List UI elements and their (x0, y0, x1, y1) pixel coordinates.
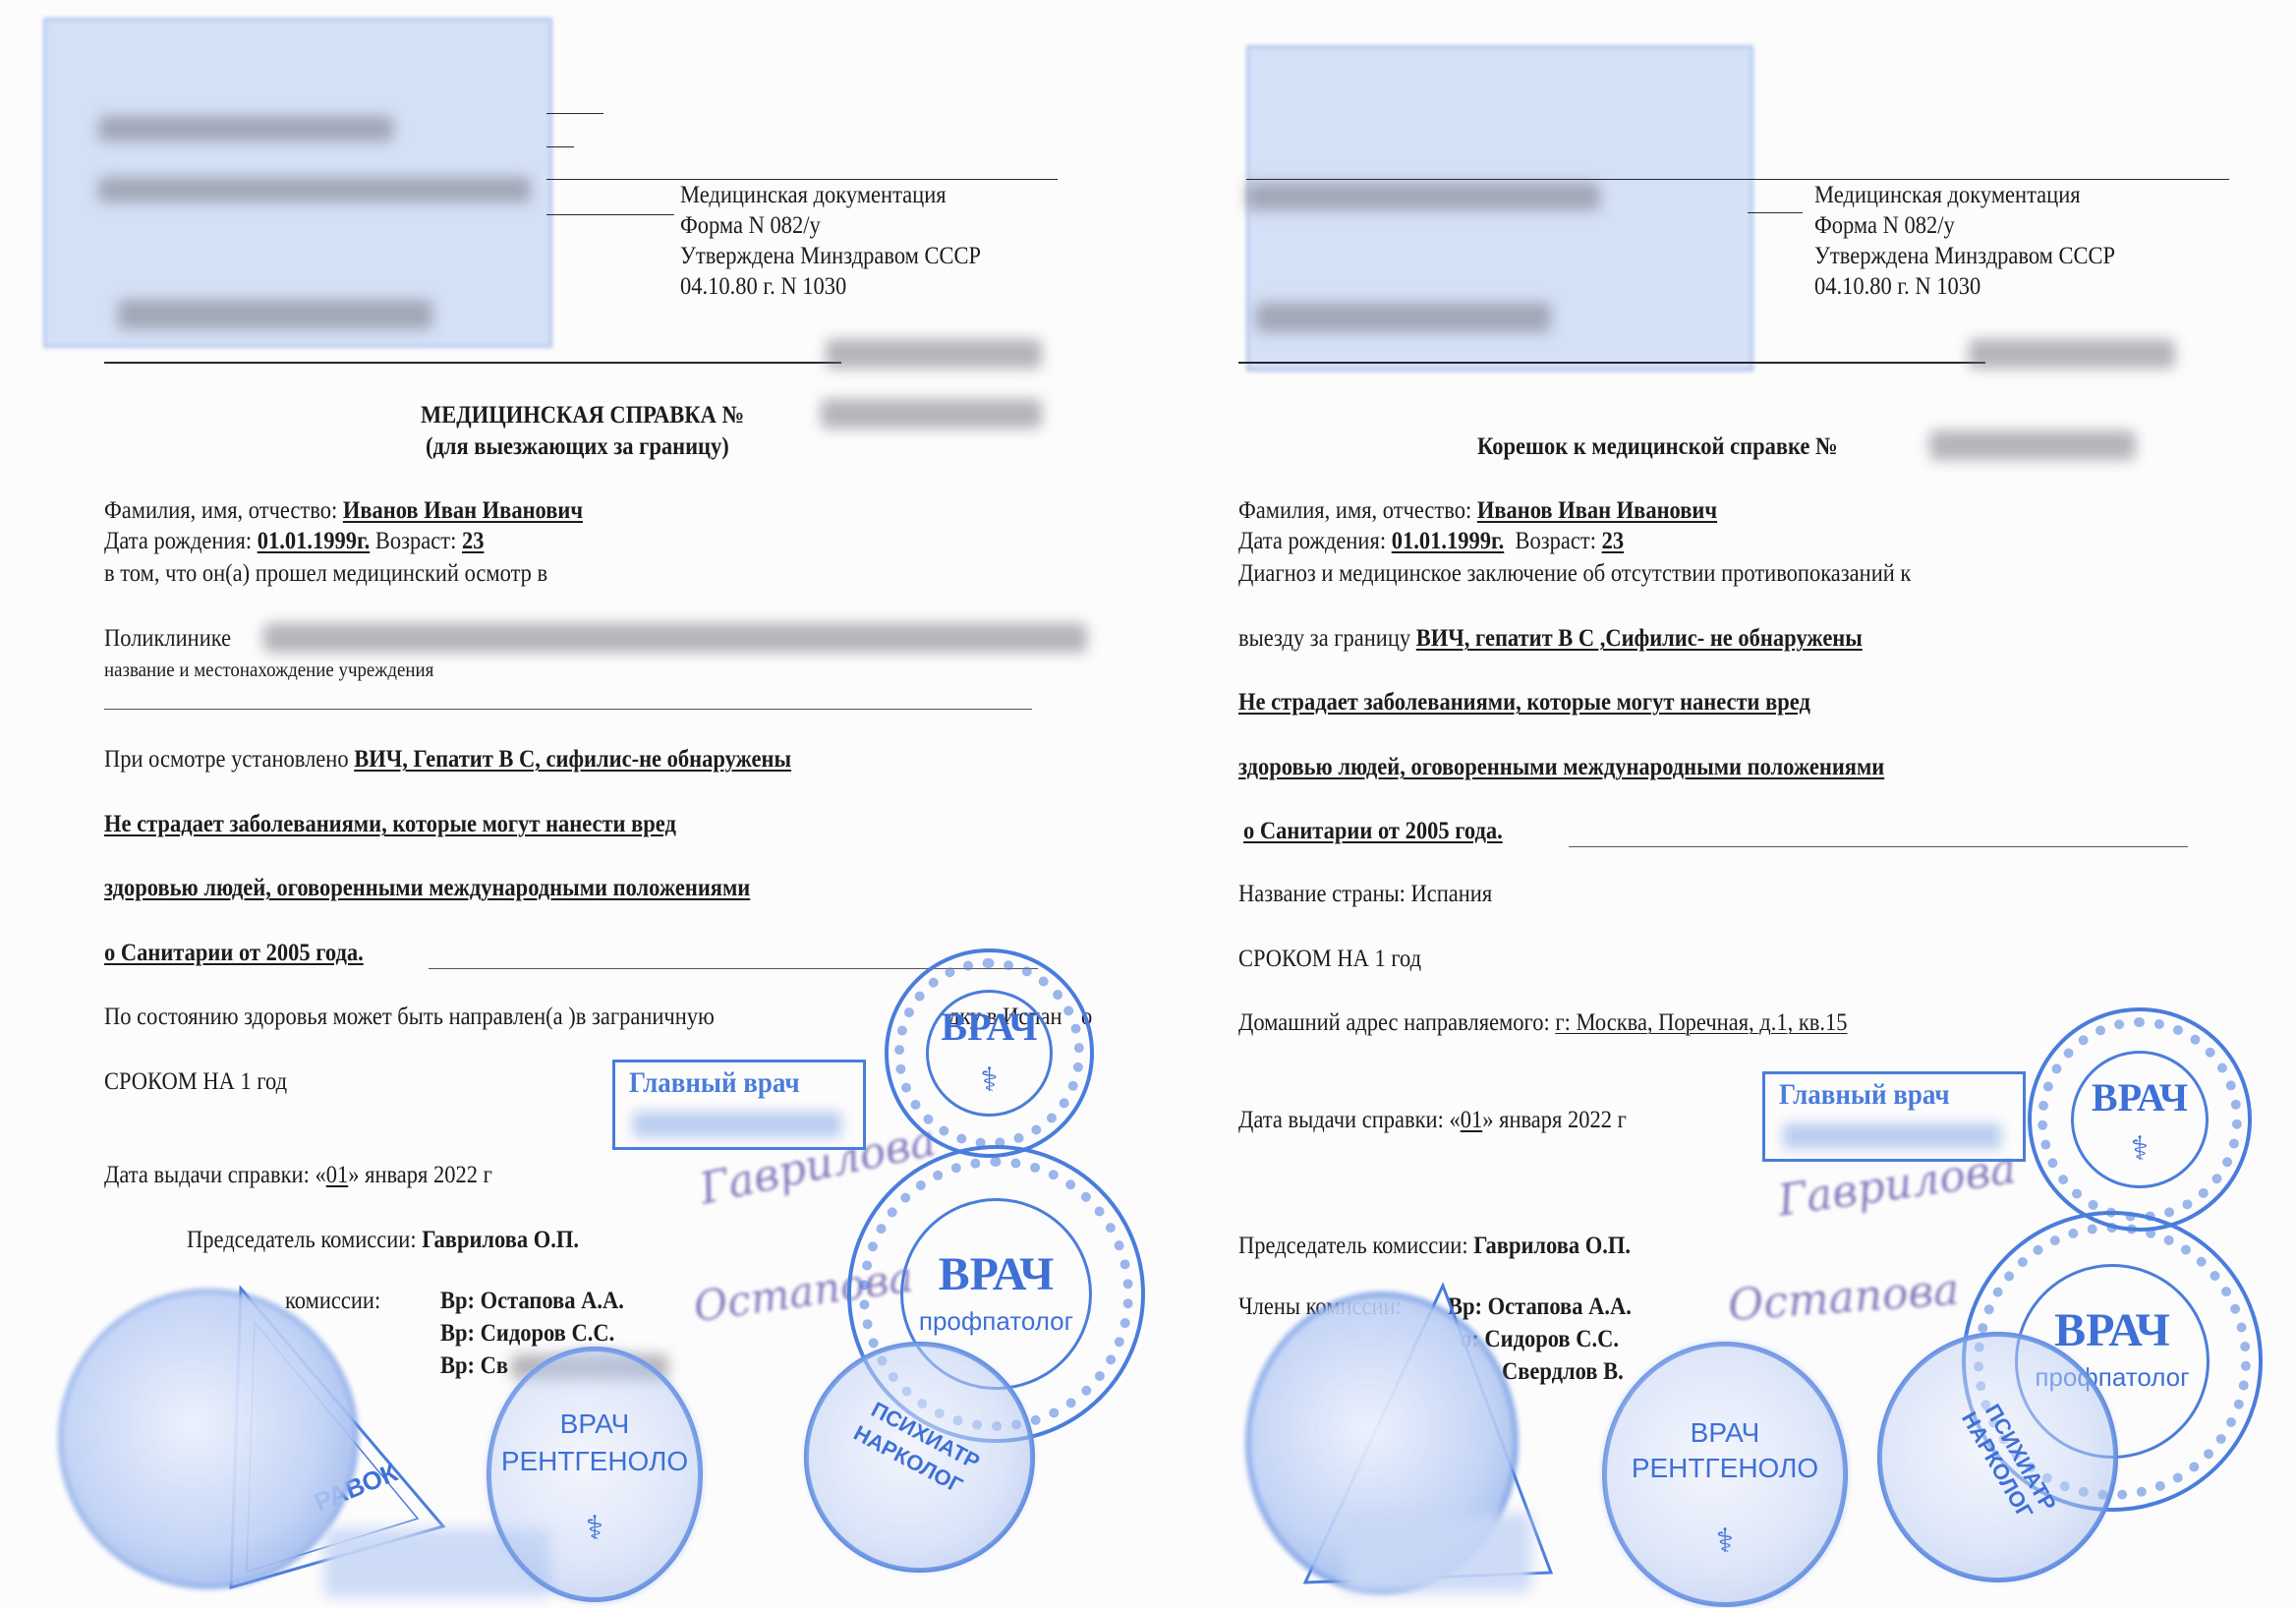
redacted-certificate-number (821, 399, 1042, 429)
age-value: 23 (462, 528, 485, 554)
term-text: СРОКОМ НА 1 год (104, 1067, 287, 1097)
chief-doctor-stamp: Главный врач (1762, 1071, 2026, 1162)
chair-row: Председатель комиссии: Гаврилова О.П. (187, 1226, 579, 1255)
stamp-word: ВРАЧ (2032, 1074, 2248, 1120)
fio-row: Фамилия, имя, отчество: Иванов Иван Иван… (104, 496, 583, 526)
redacted-round-stamp (59, 1290, 358, 1588)
statement-line2: здоровью людей, оговоренными международн… (104, 874, 750, 903)
doctor-round-stamp: ВРАЧ ⚕ (2028, 1007, 2252, 1232)
exam-text: в том, что он(а) прошел медицинский осмо… (104, 559, 547, 589)
dob-value: 01.01.1999г. (1392, 528, 1505, 554)
redacted-certificate-number (1929, 431, 2136, 460)
member-1: Вр: Остапова А.А. (440, 1287, 624, 1316)
redacted-text (118, 300, 432, 329)
form-header-line2: Форма N 082/у (1814, 211, 1955, 241)
fio-value: Иванов Иван Иванович (1477, 497, 1717, 524)
exit-value: ВИЧ, гепатит В С ,Сифилис- не обнаружены (1416, 625, 1863, 652)
form-header-line3: Утверждена Минздравом СССР (1814, 242, 2115, 271)
radiologist-stamp: ВРАЧ РЕНТГЕНОЛО ⚕ (487, 1347, 703, 1602)
chief-doctor-stamp-title: Главный врач (1779, 1078, 1950, 1112)
issue-date-row: Дата выдачи справки: «01» января 2022 г (1238, 1106, 1627, 1135)
medical-certificate-page: Медицинская документация Форма N 082/у У… (0, 0, 1148, 1608)
issue-month-year: » января 2022 г (348, 1162, 492, 1188)
address-label: Домашний адрес направляемого: (1238, 1009, 1550, 1036)
issue-date-label: Дата выдачи справки: « (1238, 1107, 1461, 1133)
header-divider (1238, 362, 1985, 364)
statement-line3: о Санитарии от 2005 года. (104, 939, 364, 968)
dob-row: Дата рождения: 01.01.1999г. Возраст: 23 (1238, 527, 1624, 556)
clinic-divider (104, 709, 1032, 710)
redacted-text (98, 177, 531, 202)
age-label: Возраст: (375, 528, 456, 554)
redacted-text (826, 339, 1042, 369)
form-line (1748, 212, 1803, 213)
statement-line-fill (1569, 846, 2188, 847)
psychiatrist-stamp: ПСИХИАТР НАРКОЛОГ (1877, 1332, 2118, 1582)
fio-value: Иванов Иван Иванович (343, 497, 583, 524)
statement-line2: здоровью людей, оговоренными международн… (1238, 753, 1884, 782)
certificate-subtitle: (для выезжающих за границу) (426, 432, 729, 462)
form-line (1246, 179, 2229, 180)
issue-day: 01 (1461, 1107, 1483, 1133)
exit-label: выезду за границу (1238, 625, 1410, 652)
psychiatrist-stamp: ПСИХИАТР НАРКОЛОГ (804, 1342, 1035, 1573)
country-value: Испания (1411, 881, 1493, 907)
caduceus-icon: ⚕ (1607, 1522, 1843, 1561)
direction-text: По состоянию здоровья может быть направл… (104, 1003, 715, 1032)
caduceus-icon: ⚕ (491, 1509, 698, 1548)
form-line (546, 146, 574, 147)
statement-line3: о Санитарии от 2005 года. (1243, 817, 1503, 846)
chief-doctor-stamp-title: Главный врач (629, 1066, 800, 1100)
country-row: Название страны: Испания (1238, 880, 1492, 909)
address-value: г: Москва, Поречная, д.1, кв.15 (1555, 1009, 1847, 1036)
member-2: Вр: Сидоров С.С. (440, 1319, 614, 1349)
redacted-text (1246, 183, 1600, 210)
form-header-line4: 04.10.80 г. N 1030 (1814, 272, 1980, 302)
redacted-name (1783, 1123, 2001, 1149)
caduceus-icon: ⚕ (889, 1061, 1090, 1100)
chair-value: Гаврилова О.П. (1473, 1233, 1631, 1259)
fio-row: Фамилия, имя, отчество: Иванов Иван Иван… (1238, 496, 1717, 526)
chair-label: Председатель комиссии: (187, 1227, 417, 1253)
chief-doctor-stamp: Главный врач (612, 1060, 866, 1150)
stamp-specialty: РЕНТГЕНОЛО (1607, 1453, 1843, 1484)
dob-label: Дата рождения: (1238, 528, 1386, 554)
radiologist-stamp: ВРАЧ РЕНТГЕНОЛО ⚕ (1602, 1342, 1848, 1607)
clinic-caption: название и местонахождение учреждения (104, 655, 433, 684)
form-line (546, 214, 674, 215)
redacted-text (98, 116, 393, 142)
country-label: Название страны: (1238, 881, 1406, 907)
age-value: 23 (1602, 528, 1625, 554)
doctor-round-stamp: ВРАЧ ⚕ (885, 948, 1094, 1158)
stamp-specialty: РЕНТГЕНОЛО (491, 1446, 698, 1477)
direction-text-part: По состоянию здоровья может быть направл… (104, 1004, 715, 1030)
header-divider (104, 362, 841, 364)
issue-date-label: Дата выдачи справки: « (104, 1162, 326, 1188)
stamp-specialty: профпатолог (851, 1306, 1141, 1337)
redacted-text (1345, 1514, 1531, 1592)
chair-row: Председатель комиссии: Гаврилова О.П. (1238, 1232, 1631, 1261)
chair-value: Гаврилова О.П. (422, 1227, 579, 1253)
issue-date-row: Дата выдачи справки: «01» января 2022 г (104, 1161, 492, 1190)
age-label: Возраст: (1516, 528, 1596, 554)
issue-month-year: » января 2022 г (1482, 1107, 1627, 1133)
stamp-word: ВРАЧ (851, 1247, 1141, 1301)
caduceus-icon: ⚕ (2032, 1129, 2248, 1169)
form-header-line3: Утверждена Минздравом СССР (680, 242, 981, 271)
findings-label: При осмотре установлено (104, 746, 349, 773)
findings-value: ВИЧ, Гепатит В С, сифилис-не обнаружены (354, 746, 791, 773)
term-text: СРОКОМ НА 1 год (1238, 945, 1421, 974)
form-line (546, 113, 603, 114)
fio-label: Фамилия, имя, отчество: (1238, 497, 1471, 524)
diagnosis-text: Диагноз и медицинское заключение об отсу… (1238, 559, 1911, 589)
exit-row: выезду за границу ВИЧ, гепатит В С ,Сифи… (1238, 624, 1863, 654)
clinic-label: Поликлинике (104, 624, 231, 654)
stamp-word: ВРАЧ (889, 1004, 1090, 1050)
address-row: Домашний адрес направляемого: г: Москва,… (1238, 1008, 1848, 1038)
stub-title: Корешок к медицинской справке № (1477, 432, 1838, 462)
redacted-clinic-name (263, 623, 1087, 653)
dob-row: Дата рождения: 01.01.1999г. Возраст: 23 (104, 527, 484, 556)
stamp-word: ВРАЧ (491, 1408, 698, 1440)
fio-label: Фамилия, имя, отчество: (104, 497, 337, 524)
form-header-line1: Медицинская документация (680, 181, 947, 210)
certificate-stub-page: Медицинская документация Форма N 082/у У… (1148, 0, 2296, 1608)
issue-day: 01 (326, 1162, 349, 1188)
findings-row: При осмотре установлено ВИЧ, Гепатит В С… (104, 745, 791, 775)
chair-label: Председатель комиссии: (1238, 1233, 1468, 1259)
stamp-word: ВРАЧ (1607, 1417, 1843, 1449)
form-header-line2: Форма N 082/у (680, 211, 821, 241)
certificate-title: МЕДИЦИНСКАЯ СПРАВКА № (421, 401, 744, 431)
redacted-text (1969, 339, 2175, 369)
form-header-line1: Медицинская документация (1814, 181, 2081, 210)
statement-line1: Не страдает заболеваниями, которые могут… (104, 810, 676, 839)
form-header-line4: 04.10.80 г. N 1030 (680, 272, 846, 302)
redacted-name (633, 1112, 841, 1137)
dob-value: 01.01.1999г. (258, 528, 371, 554)
dob-label: Дата рождения: (104, 528, 252, 554)
redacted-text (1256, 303, 1551, 332)
member-signature: Остапова (1727, 1265, 1961, 1331)
form-line (546, 179, 1058, 180)
statement-line1: Не страдает заболеваниями, которые могут… (1238, 688, 1810, 718)
